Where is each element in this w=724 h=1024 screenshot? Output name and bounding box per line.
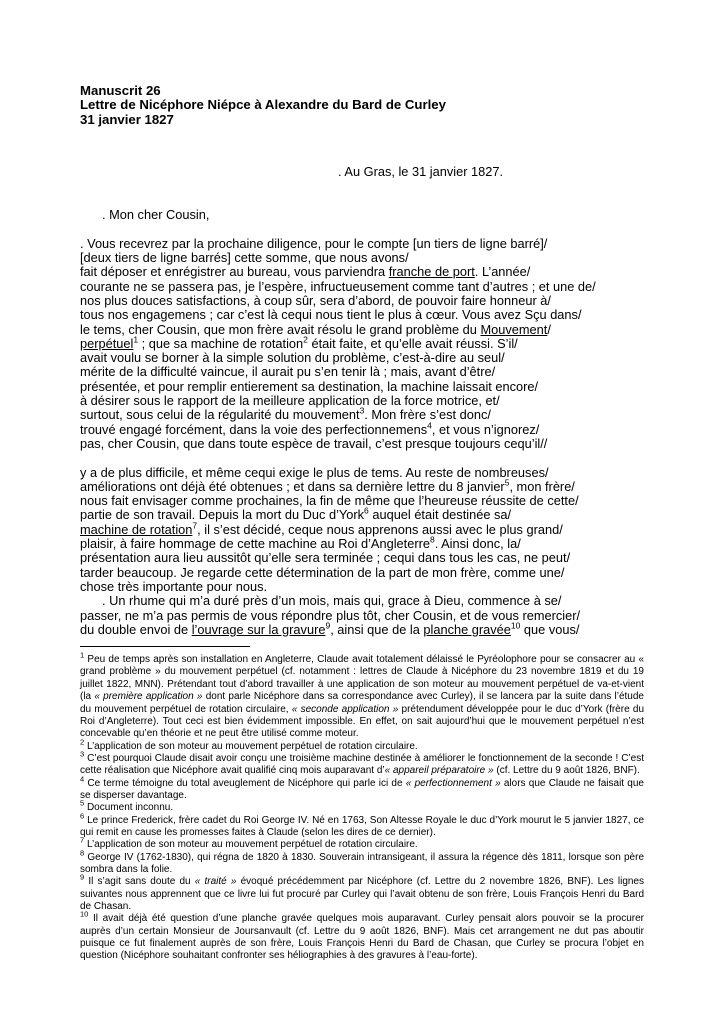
letter-line: perpétuel1 ; que sa machine de rotation2… — [80, 337, 644, 351]
footnote-number: 8 — [80, 848, 84, 857]
text-run: surtout, sous celui de la régularité du … — [80, 407, 360, 422]
footnote: 6 Le prince Frederick, frère cadet du Ro… — [80, 815, 644, 840]
text-run: du double envoi de — [80, 622, 192, 637]
footnote: 7 L’application de son moteur au mouveme… — [80, 839, 644, 851]
letter-line: du double envoi de l’ouvrage sur la grav… — [80, 623, 644, 637]
letter-line: y a de plus difficile, et même cequi exi… — [80, 466, 644, 480]
text-run: L’application de son moteur au mouvement… — [87, 839, 418, 850]
footnote-ref: 10 — [511, 621, 520, 631]
letter-line: surtout, sous celui de la régularité du … — [80, 408, 644, 422]
text-run: tarder beaucoup. Je regarde cette déterm… — [80, 565, 564, 580]
underlined-text: Mouvement — [480, 322, 547, 337]
text-run: présentée, et pour remplir entierement s… — [80, 379, 538, 394]
footnote-number: 6 — [80, 811, 84, 820]
text-run: L’application de son moteur au mouvement… — [87, 741, 418, 752]
letter-line: trouvé engagé forcément, dans la voie de… — [80, 423, 644, 437]
footnotes-section: 1 Peu de temps après son installation en… — [80, 654, 644, 963]
text-run: avait voulu se borner à la simple soluti… — [80, 350, 505, 365]
text-run: plaisir, à faire hommage de cette machin… — [80, 536, 430, 551]
footnote: 5 Document inconnu. — [80, 802, 644, 814]
letter-line: tarder beaucoup. Je regarde cette déterm… — [80, 566, 644, 580]
letter-line: présentée, et pour remplir entierement s… — [80, 380, 644, 394]
text-run: , ainsi que de la — [330, 622, 423, 637]
text-run: Il avait déjà été question d’une planche… — [80, 913, 644, 961]
letter-heading-date: 31 janvier 1827 — [80, 113, 644, 127]
footnote: 10 Il avait déjà été question d’une plan… — [80, 913, 644, 962]
text-run: , mon frère/ — [509, 479, 574, 494]
text-run: partie de son travail. Depuis la mort du… — [80, 507, 364, 522]
letter-line: machine de rotation7, il s’est décidé, c… — [80, 523, 644, 537]
text-run: nos plus douces satisfactions, à coup sû… — [80, 293, 551, 308]
footnote-number: 5 — [80, 799, 84, 808]
text-run: nous fait envisager comme prochaines, la… — [80, 493, 579, 508]
letter-line: chose très importante pour nous. — [80, 580, 644, 594]
text-run: . Un rhume qui m’a duré près d’un mois, … — [102, 593, 561, 608]
italic-text: « traité » — [195, 876, 237, 887]
text-run: courante ne se passera pas, je l’espère,… — [80, 279, 596, 294]
text-run: ; que sa machine de rotation — [138, 336, 303, 351]
letter-line: partie de son travail. Depuis la mort du… — [80, 508, 644, 522]
footnote-number: 7 — [80, 836, 84, 845]
letter-line: améliorations ont déjà été obtenues ; et… — [80, 480, 644, 494]
text-run: chose très importante pour nous. — [80, 579, 267, 594]
letter-page: Manuscrit 26 Lettre de Nicéphore Niépce … — [0, 0, 724, 1024]
underlined-text: machine de rotation — [80, 522, 192, 537]
text-run: [deux tiers de ligne barrés] cette somme… — [80, 250, 409, 265]
letter-line: avait voulu se borner à la simple soluti… — [80, 351, 644, 365]
text-run: / — [547, 322, 551, 337]
letter-line: le tems, cher Cousin, que mon frère avai… — [80, 323, 644, 337]
underlined-text: planche gravée — [423, 622, 511, 637]
letter-line: . Vous recevrez par la prochaine diligen… — [80, 237, 644, 251]
footnote-number: 1 — [80, 651, 84, 660]
paragraph: . Vous recevrez par la prochaine diligen… — [80, 237, 644, 451]
footnote-number: 10 — [80, 910, 88, 919]
letter-body: . Vous recevrez par la prochaine diligen… — [80, 237, 644, 637]
footnote: 3 C’est pourquoi Claude disait avoir con… — [80, 753, 644, 778]
text-run: auquel était destinée sa/ — [369, 507, 511, 522]
text-run: Document inconnu. — [87, 802, 173, 813]
letter-line: plaisir, à faire hommage de cette machin… — [80, 537, 644, 551]
italic-text: « première application » — [94, 691, 202, 702]
text-run: mérite de la difficulté vaincue, il aura… — [80, 364, 495, 379]
text-run: le tems, cher Cousin, que mon frère avai… — [80, 322, 480, 337]
footnote-number: 2 — [80, 737, 84, 746]
text-run: . Ainsi donc, la/ — [435, 536, 521, 551]
footnote: 1 Peu de temps après son installation en… — [80, 654, 644, 740]
italic-text: « perfectionnement » — [406, 778, 501, 789]
text-run: Il s’agit sans doute du — [88, 876, 194, 887]
footnote-separator — [80, 646, 250, 647]
salutation: . Mon cher Cousin, — [80, 208, 644, 222]
letter-line: . Un rhume qui m’a duré près d’un mois, … — [80, 594, 644, 608]
text-run: (cf. Lettre du 9 août 1826, BNF). — [494, 765, 640, 776]
text-run: tous nos engagemens ; car c’est là cequi… — [80, 307, 582, 322]
text-run: améliorations ont déjà été obtenues ; et… — [80, 479, 505, 494]
text-run: , il s’est décidé, ceque nous apprenons … — [197, 522, 563, 537]
text-run: y a de plus difficile, et même cequi exi… — [80, 465, 549, 480]
text-run: George IV (1762-1830), qui régna de 1820… — [80, 852, 644, 875]
underlined-text: l’ouvrage sur la gravure — [192, 622, 326, 637]
manuscript-number: Manuscrit 26 — [80, 84, 644, 98]
text-run: Le prince Frederick, frère cadet du Roi … — [80, 815, 644, 838]
underlined-text: franche de port — [389, 264, 475, 279]
text-run: à désirer sous le rapport de la meilleur… — [80, 393, 500, 408]
text-run: . L’année/ — [475, 264, 531, 279]
letter-line: [deux tiers de ligne barrés] cette somme… — [80, 251, 644, 265]
letter-line: courante ne se passera pas, je l’espère,… — [80, 280, 644, 294]
letter-line: mérite de la difficulté vaincue, il aura… — [80, 365, 644, 379]
text-run: fait déposer et enrégistrer au bureau, v… — [80, 264, 389, 279]
text-run: trouvé engagé forcément, dans la voie de… — [80, 422, 427, 437]
footnote-number: 9 — [80, 873, 84, 882]
footnote: 8 George IV (1762-1830), qui régna de 18… — [80, 852, 644, 877]
letter-heading: Manuscrit 26 Lettre de Nicéphore Niépce … — [80, 84, 644, 127]
letter-line: présentation aura lieu aussitôt qu’elle … — [80, 551, 644, 565]
italic-text: « appareil préparatoire » — [385, 765, 494, 776]
letter-line: fait déposer et enrégistrer au bureau, v… — [80, 265, 644, 279]
text-run: , et vous n’ignorez/ — [432, 422, 539, 437]
paragraph: y a de plus difficile, et même cequi exi… — [80, 466, 644, 638]
text-run: présentation aura lieu aussitôt qu’elle … — [80, 550, 570, 565]
text-run: que vous/ — [520, 622, 579, 637]
letter-line: pas, cher Cousin, que dans toute espèce … — [80, 437, 644, 451]
text-run: était faite, et qu’elle avait réussi. S’… — [308, 336, 518, 351]
letter-line: passer, ne m’a pas permis de vous répond… — [80, 609, 644, 623]
letter-line: tous nos engagemens ; car c’est là cequi… — [80, 308, 644, 322]
footnote: 4 Ce terme témoigne du total aveuglement… — [80, 778, 644, 803]
footnote-number: 4 — [80, 774, 84, 783]
text-run: pas, cher Cousin, que dans toute espèce … — [80, 436, 547, 451]
footnote: 2 L’application de son moteur au mouveme… — [80, 741, 644, 753]
italic-text: « seconde application » — [292, 704, 398, 715]
text-run: Ce terme témoigne du total aveuglement d… — [87, 778, 405, 789]
letter-title: Lettre de Nicéphore Niépce à Alexandre d… — [80, 98, 644, 112]
underlined-text: perpétuel — [80, 336, 133, 351]
text-run: . Vous recevrez par la prochaine diligen… — [80, 236, 547, 251]
footnote: 9 Il s’agit sans doute du « traité » évo… — [80, 876, 644, 913]
footnote-number: 3 — [80, 750, 84, 759]
place-date-line: . Au Gras, le 31 janvier 1827. — [80, 165, 644, 179]
letter-line: nos plus douces satisfactions, à coup sû… — [80, 294, 644, 308]
